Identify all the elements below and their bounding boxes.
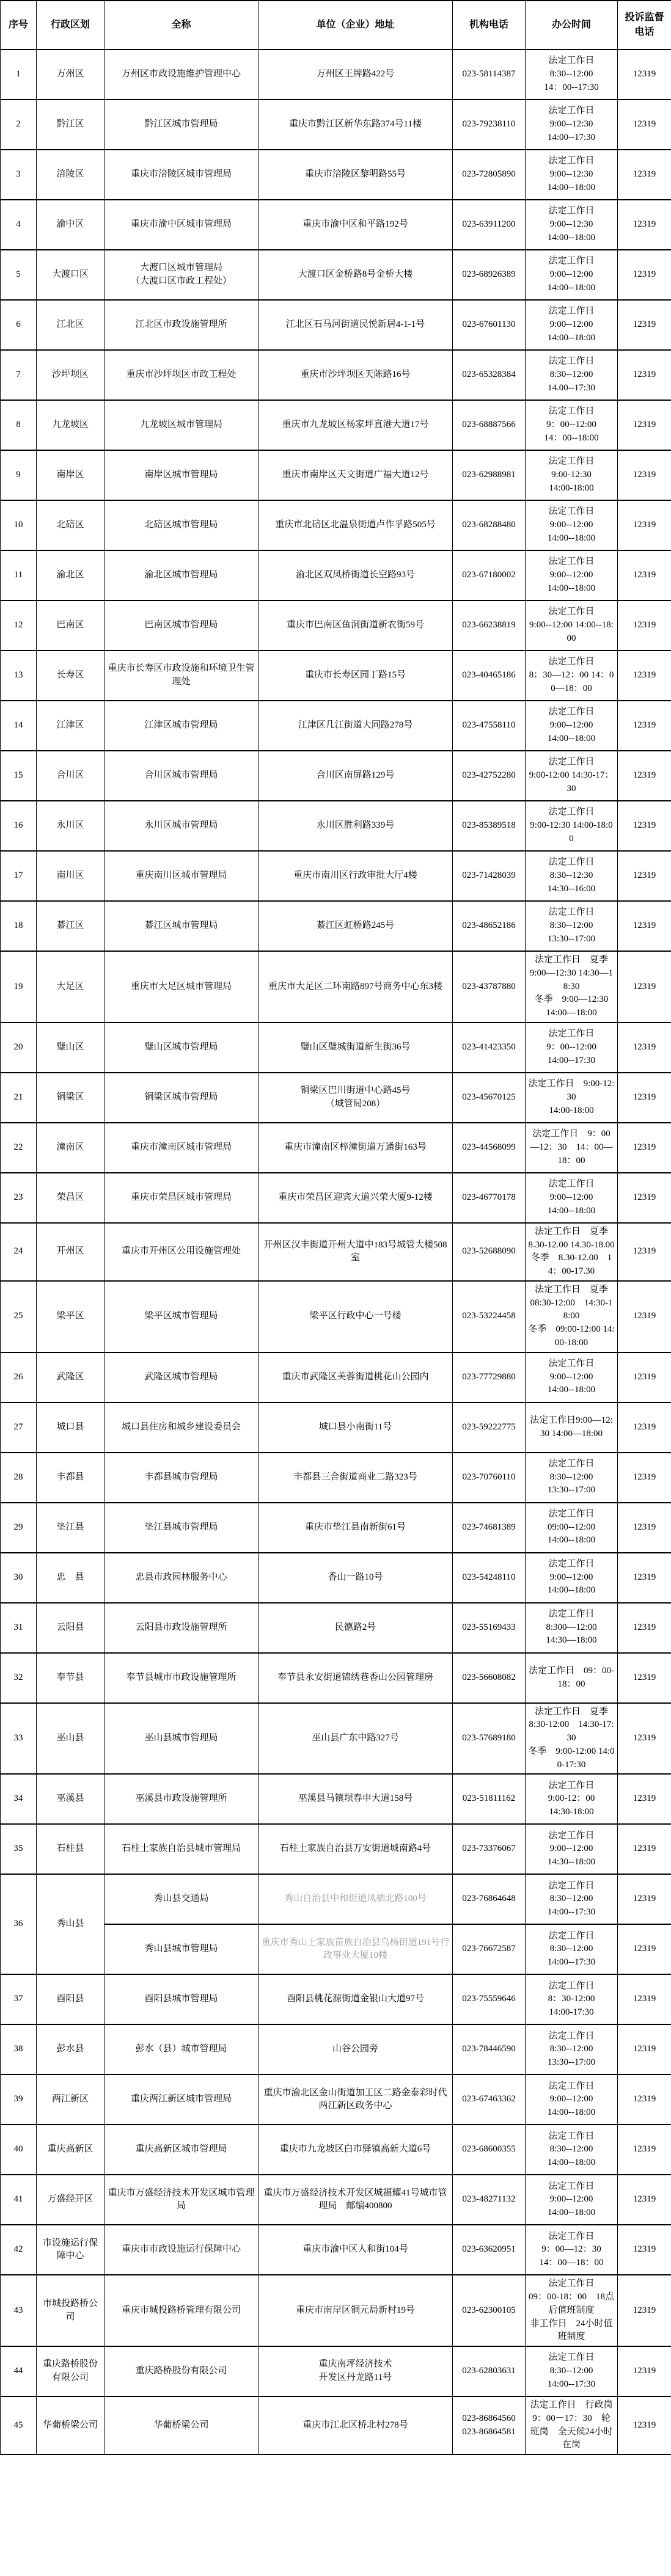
table-row: 20璧山区璧山区城市管理局璧山区璧城街道新生街36号023-41423350法定… [1,1023,671,1073]
table-row: 45华葡桥梁公司华葡桥梁公司重庆市江北区桥北村278号023-86864560 … [1,2396,671,2454]
cell-district: 垫江县 [37,1503,105,1553]
cell-phone: 023-56608082 [453,1653,526,1703]
cell-complaint-phone: 12319 [618,1553,671,1603]
cell-hours: 法定工作日 9：00—12：30 14：00—18：00 [526,2225,618,2275]
cell-district: 两江新区 [37,2074,105,2125]
cell-hours: 法定工作日 夏季 8:30-12:00 14:30-17:30 冬季 9:00-… [526,1703,618,1775]
cell-district: 荣昌区 [37,1173,105,1223]
cell-address: 大渡口区金桥路8号金桥大楼 [258,250,453,300]
cell-name: 重庆市沙坪坝区市政工程处 [105,350,258,400]
cell-district: 九龙坡区 [37,400,105,450]
cell-phone: 023-73376067 [453,1824,526,1874]
cell-complaint-phone: 12319 [618,2175,671,2225]
cell-hours: 法定工作日 9:00--12:30 14:00--17:30 [526,100,618,150]
cell-phone: 023-43787880 [453,951,526,1023]
cell-phone: 023-57689180 [453,1703,526,1775]
table-row: 12巴南区巴南区城市管理局重庆市巴南区鱼洞街道新农街59号023-6623881… [1,600,671,651]
cell-address: 永川区胜利路339号 [258,801,453,851]
cell-phone: 023-67601130 [453,300,526,350]
cell-address: 重庆市巴南区鱼洞街道新农街59号 [258,600,453,651]
cell-phone: 023-53224458 [453,1281,526,1352]
cell-name: 重庆市荣昌区城市管理局 [105,1173,258,1223]
cell-complaint-phone: 12319 [618,1223,671,1281]
cell-index: 21 [1,1073,37,1123]
cell-name: 綦江区城市管理局 [105,901,258,951]
cell-index: 36 [1,1874,37,1974]
cell-district: 万州区 [37,49,105,100]
cell-address: 重庆市大足区二环南路897号商务中心东3楼 [258,951,453,1023]
cell-complaint-phone: 12319 [618,2125,671,2175]
table-row: 11渝北区渝北区城市管理局渝北区双凤桥街道长空路93号023-67180002法… [1,550,671,600]
cell-district: 市设施运行保障中心 [37,2225,105,2275]
cell-complaint-phone: 12319 [618,1874,671,1924]
cell-district: 石柱县 [37,1824,105,1874]
cell-address: 重庆市武隆区芙蓉街道桃花山公园内 [258,1352,453,1403]
table-row: 15合川区合川区城市管理局合川区南屏路129号023-42752280法定工作日… [1,751,671,801]
cell-index: 33 [1,1703,37,1775]
cell-index: 9 [1,450,37,500]
cell-hours: 法定工作日 8:30--12:00 14:00--17:30 [526,1924,618,1974]
cell-name: 重庆两江新区城市管理局 [105,2074,258,2125]
cell-complaint-phone: 12319 [618,450,671,500]
table-header: 序号 行政区划 全称 单位（企业）地址 机构电话 办公时间 投诉监督电话 [1,1,671,49]
cell-index: 3 [1,150,37,200]
cell-district: 铜梁区 [37,1073,105,1123]
cell-address: 梁平区行政中心一号楼 [258,1281,453,1352]
cell-index: 8 [1,400,37,450]
cell-phone: 023-54248110 [453,1553,526,1603]
cell-district: 北碚区 [37,500,105,550]
cell-name: 万州区市政设施维护管理中心 [105,49,258,100]
cell-phone: 023-51811162 [453,1774,526,1824]
cell-phone: 023-76672587 [453,1924,526,1974]
cell-index: 20 [1,1023,37,1073]
cell-hours: 法定工作日 9:00-12：00 14:30-18:00 [526,1774,618,1824]
cell-index: 25 [1,1281,37,1352]
table-row: 17南川区重庆南川区城市管理局重庆市南川区行政审批大厅4楼023-7142803… [1,851,671,901]
table-row: 29垫江县垫江县城市管理局重庆市垫江县南新街61号023-74681389法定工… [1,1503,671,1553]
cell-district: 渝北区 [37,550,105,600]
cell-complaint-phone: 12319 [618,2346,671,2396]
cell-address: 重庆市长寿区园丁路15号 [258,651,453,701]
cell-complaint-phone: 12319 [618,801,671,851]
cell-address: 香山一路10号 [258,1553,453,1603]
cell-address: 民德路2号 [258,1603,453,1653]
cell-phone: 023-63620951 [453,2225,526,2275]
cell-address: 奉节县永安街道锦绣巷香山公园管理房 [258,1653,453,1703]
cell-complaint-phone: 12319 [618,901,671,951]
col-header-complaint-phone: 投诉监督电话 [618,1,671,49]
cell-district: 梁平区 [37,1281,105,1352]
cell-address: 江津区几江街道大同路278号 [258,701,453,751]
cell-index: 10 [1,500,37,550]
cell-complaint-phone: 12319 [618,1974,671,2024]
cell-phone: 023-62300105 [453,2275,526,2346]
cell-name: 渝北区城市管理局 [105,550,258,600]
cell-complaint-phone: 12319 [618,651,671,701]
cell-name: 江北区市政设施管理所 [105,300,258,350]
cell-index: 1 [1,49,37,100]
cell-district: 潼南区 [37,1123,105,1173]
table-row: 27城口县城口县住房和城乡建设委员会城口县小南街11号023-59222775法… [1,1403,671,1453]
table-row: 9南岸区南岸区城市管理局重庆市南岸区天文街道广福大道12号023-6298898… [1,450,671,500]
cell-name: 重庆市长寿区市政设施和环境卫生管理处 [105,651,258,701]
cell-complaint-phone: 12319 [618,2024,671,2074]
cell-district: 开州区 [37,1223,105,1281]
table-row: 3涪陵区重庆市涪陵区城市管理局重庆市涪陵区黎明路55号023-72805890法… [1,150,671,200]
cell-hours: 法定工作日 行政岗 9：00－17：30 轮班岗 全天候24小时在岗 [526,2396,618,2454]
cell-address: 渝北区双凤桥街道长空路93号 [258,550,453,600]
cell-complaint-phone: 12319 [618,1824,671,1874]
cell-address: 合川区南屏路129号 [258,751,453,801]
cell-index: 30 [1,1553,37,1603]
cell-district: 重庆高新区 [37,2125,105,2175]
cell-name: 巫溪县市政设施管理所 [105,1774,258,1824]
cell-hours: 法定工作日 9:00--12:00 14:00--18:00 [526,2074,618,2125]
cell-phone: 023-42752280 [453,751,526,801]
cell-phone: 023-67180002 [453,550,526,600]
table-row: 34巫溪县巫溪县市政设施管理所巫溪县马镇坝春申大道158号023-5181116… [1,1774,671,1824]
cell-complaint-phone: 12319 [618,1453,671,1503]
cell-complaint-phone: 12319 [618,350,671,400]
cell-address: 山谷公园旁 [258,2024,453,2074]
cell-hours: 法定工作日 8:30--12:00 14：00--17:30 [526,49,618,100]
cell-address: 重庆市九龙坡区杨家坪直港大道17号 [258,400,453,450]
cell-complaint-phone: 12319 [618,851,671,901]
cell-hours: 法定工作日 8：30—12：00 14：00—18：00 [526,651,618,701]
table-row: 6江北区江北区市政设施管理所江北区石马河街道民悦新居4-1-1号023-6760… [1,300,671,350]
cell-hours: 法定工作日 9：00--12:00 14：00--18:00 [526,400,618,450]
cell-phone: 023-74681389 [453,1503,526,1553]
cell-name: 梁平区城市管理局 [105,1281,258,1352]
cell-hours: 法定工作日 09:00--12:00 14:00--18:00 [526,1503,618,1553]
cell-name: 黔江区城市管理局 [105,100,258,150]
cell-complaint-phone: 12319 [618,400,671,450]
cell-phone: 023-45670125 [453,1073,526,1123]
cell-index: 18 [1,901,37,951]
cell-address: 重庆市南川区行政审批大厅4楼 [258,851,453,901]
cell-complaint-phone: 12319 [618,1703,671,1775]
table-row: 37酉阳县酉阳县城市管理局酉阳县桃花源街道金银山大道97号023-7555964… [1,1974,671,2024]
cell-hours: 法定工作日 9:00--12:00 14:00--18:00 [526,1553,618,1603]
cell-address: 秀山自治县中和街道凤栖北路100号 [258,1874,453,1924]
cell-index: 32 [1,1653,37,1703]
cell-hours: 法定工作日 夏季 9:00—12:30 14:30—18:30 冬季 9:00—… [526,951,618,1023]
cell-district: 黔江区 [37,100,105,150]
cell-address: 重庆市万盛经济技术开发区城福耀41号城市管理局 邮编400800 [258,2175,453,2225]
cell-name: 大渡口区城市管理局 （大渡口区市政工程处） [105,250,258,300]
cell-name: 重庆市城投路桥管理有限公司 [105,2275,258,2346]
cell-name: 石柱土家族自治县城市管理局 [105,1824,258,1874]
cell-name: 奉节县城市市政设施管理所 [105,1653,258,1703]
table-row: 30忠 县忠县市政园林服务中心香山一路10号023-54248110法定工作日 … [1,1553,671,1603]
cell-address: 重庆市九龙坡区白市驿镇高新大道6号 [258,2125,453,2175]
cell-phone: 023-46770178 [453,1173,526,1223]
cell-complaint-phone: 12319 [618,500,671,550]
table-row: 18綦江区綦江区城市管理局綦江区虹桥路245号023-48652186法定工作日… [1,901,671,951]
col-header-name: 全称 [105,1,258,49]
table-row: 31云阳县云阳县市政设施管理所民德路2号023-55169433法定工作日 8:… [1,1603,671,1653]
cell-index: 15 [1,751,37,801]
cell-district: 江津区 [37,701,105,751]
cell-district: 南岸区 [37,450,105,500]
cell-index: 37 [1,1974,37,2024]
table-row: 33巫山县巫山县城市管理局巫山县广东中路327号023-57689180法定工作… [1,1703,671,1775]
cell-hours: 法定工作日 8:300—12:00 14:30—18:00 [526,1603,618,1653]
cell-complaint-phone: 12319 [618,250,671,300]
cell-complaint-phone: 12319 [618,1352,671,1403]
cell-index: 2 [1,100,37,150]
cell-district: 大渡口区 [37,250,105,300]
cell-index: 17 [1,851,37,901]
cell-index: 22 [1,1123,37,1173]
table-row: 26武隆区武隆区城市管理局重庆市武隆区芙蓉街道桃花山公园内023-7772988… [1,1352,671,1403]
cell-complaint-phone: 12319 [618,1023,671,1073]
cell-phone: 023-62803631 [453,2346,526,2396]
cell-complaint-phone: 12319 [618,2396,671,2454]
cell-complaint-phone: 12319 [618,49,671,100]
table-row: 28丰都县丰都县城市管理局丰都县三合街道商业二路323号023-70760110… [1,1453,671,1503]
cell-hours: 法定工作日 9:00--12:00 14:00--18:00 [526,550,618,600]
cell-phone: 023-48652186 [453,901,526,951]
table-row: 24开州区重庆市开州区公用设施管理处开州区汉丰街道开州大道中183号城管大楼50… [1,1223,671,1281]
cell-name: 重庆市市政设施运行保障中心 [105,2225,258,2275]
cell-phone: 023-86864560 023-86864581 [453,2396,526,2454]
cell-complaint-phone: 12319 [618,2275,671,2346]
header-row: 序号 行政区划 全称 单位（企业）地址 机构电话 办公时间 投诉监督电话 [1,1,671,49]
cell-phone: 023-58114387 [453,49,526,100]
cell-district: 巫溪县 [37,1774,105,1824]
cell-hours: 法定工作日 8:30--12:00 14:00--17:30 [526,2346,618,2396]
cell-district: 忠 县 [37,1553,105,1603]
cell-complaint-phone: 12319 [618,1173,671,1223]
cell-name: 重庆市开州区公用设施管理处 [105,1223,258,1281]
col-header-hours: 办公时间 [526,1,618,49]
cell-complaint-phone: 12319 [618,2074,671,2125]
col-header-index: 序号 [1,1,37,49]
cell-complaint-phone: 12319 [618,1503,671,1553]
cell-phone: 023-41423350 [453,1023,526,1073]
cell-name: 酉阳县城市管理局 [105,1974,258,2024]
cell-name: 北碚区城市管理局 [105,500,258,550]
cell-district: 江北区 [37,300,105,350]
cell-district: 巴南区 [37,600,105,651]
table-row: 42市设施运行保障中心重庆市市政设施运行保障中心重庆市渝中区人和街104号023… [1,2225,671,2275]
cell-district: 武隆区 [37,1352,105,1403]
table-row: 25梁平区梁平区城市管理局梁平区行政中心一号楼023-53224458法定工作日… [1,1281,671,1352]
cell-phone: 023-68926389 [453,250,526,300]
cell-index: 34 [1,1774,37,1824]
cell-hours: 法定工作日 9:00--12:00 14:00--18:00 [526,1352,618,1403]
table-row: 44重庆路桥股份有限公司重庆路桥股份有限公司重庆南坪经济技术 开发区丹龙路11号… [1,2346,671,2396]
cell-hours: 法定工作日 9：00—12：30 14：00—18：00 [526,1123,618,1173]
cell-district: 渝中区 [37,200,105,250]
cell-address: 重庆市涪陵区黎明路55号 [258,150,453,200]
cell-complaint-phone: 12319 [618,1403,671,1453]
cell-index: 40 [1,2125,37,2175]
cell-hours: 法定工作日 9:00--12:00 14:00--18:00 [526,300,618,350]
cell-hours: 法定工作日 8:30--12:30 14:30--16:00 [526,851,618,901]
cell-index: 23 [1,1173,37,1223]
cell-address: 开州区汉丰街道开州大道中183号城管大楼508室 [258,1223,453,1281]
cell-hours: 法定工作日 9:00--12:00 14:00--18:00 [526,500,618,550]
cell-index: 13 [1,651,37,701]
table-row: 13长寿区重庆市长寿区市政设施和环境卫生管理处重庆市长寿区园丁路15号023-4… [1,651,671,701]
cell-district: 涪陵区 [37,150,105,200]
city-management-contacts-table: 序号 行政区划 全称 单位（企业）地址 机构电话 办公时间 投诉监督电话 1万州… [0,0,671,2455]
cell-hours: 法定工作日 9:00--12:30 14:00--18:00 [526,150,618,200]
table-row: 2黔江区黔江区城市管理局重庆市黔江区新华东路374号11楼023-7923811… [1,100,671,150]
cell-district: 永川区 [37,801,105,851]
cell-district: 城口县 [37,1403,105,1453]
cell-address: 重庆市南岸区天文街道广福大道12号 [258,450,453,500]
cell-address: 城口县小南街11号 [258,1403,453,1453]
cell-complaint-phone: 12319 [618,200,671,250]
cell-complaint-phone: 12319 [618,1123,671,1173]
table-body: 1万州区万州区市政设施维护管理中心万州区王牌路422号023-58114387法… [1,49,671,2454]
cell-hours: 法定工作日 8:30--12:00 14:00--18:00 [526,2125,618,2175]
cell-hours: 法定工作日 8:30--12:00 14.00--17:30 [526,350,618,400]
cell-address: 铜梁区巴川街道中心路45号 （城管局208） [258,1073,453,1123]
cell-index: 44 [1,2346,37,2396]
cell-hours: 法定工作日 09：00-18：00 18点后值班制度 非工作日 24小时值班制度 [526,2275,618,2346]
cell-phone: 023-44568099 [453,1123,526,1173]
table-row: 16永川区永川区城市管理局永川区胜利路339号023-85389518法定工作日… [1,801,671,851]
cell-hours: 法定工作日 9:00-12:00 14:30-17：30 [526,751,618,801]
cell-name: 合川区城市管理局 [105,751,258,801]
cell-index: 11 [1,550,37,600]
cell-district: 大足区 [37,951,105,1023]
table-row: 40重庆高新区重庆高新区城市管理局重庆市九龙坡区白市驿镇高新大道6号023-68… [1,2125,671,2175]
cell-complaint-phone: 12319 [618,600,671,651]
cell-address: 酉阳县桃花源街道金银山大道97号 [258,1974,453,2024]
col-header-district: 行政区划 [37,1,105,49]
cell-hours: 法定工作日 9:00-12:30 14:00-18:00 [526,1073,618,1123]
cell-phone: 023-48271132 [453,2175,526,2225]
cell-name: 重庆市潼南区城市管理局 [105,1123,258,1173]
cell-index: 4 [1,200,37,250]
cell-index: 5 [1,250,37,300]
cell-hours: 法定工作日 9:00--12:30 14:00--18:00 [526,200,618,250]
table-row: 5大渡口区大渡口区城市管理局 （大渡口区市政工程处）大渡口区金桥路8号金桥大楼0… [1,250,671,300]
cell-index: 31 [1,1603,37,1653]
cell-address: 江北区石马河街道民悦新居4-1-1号 [258,300,453,350]
cell-district: 巫山县 [37,1703,105,1775]
cell-address: 重庆市江北区桥北村278号 [258,2396,453,2454]
cell-hours: 法定工作日 8：30-12:00 14:00-17:30 [526,1974,618,2024]
cell-complaint-phone: 12319 [618,550,671,600]
table-row: 14江津区江津区城市管理局江津区几江街道大同路278号023-47558110法… [1,701,671,751]
cell-name: 武隆区城市管理局 [105,1352,258,1403]
cell-district: 市城投路桥公司 [37,2275,105,2346]
cell-index: 19 [1,951,37,1023]
table-row: 39两江新区重庆两江新区城市管理局重庆市渝北区金山街道加工区二路金泰彩时代两江新… [1,2074,671,2125]
table-row: 41万盛经开区重庆市万盛经济技术开发区城市管理局重庆市万盛经济技术开发区城福耀4… [1,2175,671,2225]
cell-name: 巴南区城市管理局 [105,600,258,651]
cell-hours: 法定工作日 9:00--12:00 14:00--18:00 [526,250,618,300]
cell-complaint-phone: 12319 [618,150,671,200]
cell-index: 45 [1,2396,37,2454]
cell-district: 重庆路桥股份有限公司 [37,2346,105,2396]
cell-address: 璧山区璧城街道新生街36号 [258,1023,453,1073]
cell-phone: 023-70760110 [453,1453,526,1503]
cell-phone: 023-67463362 [453,2074,526,2125]
cell-hours: 法定工作日 8:30--12:00 13:30--17:00 [526,2024,618,2074]
cell-index: 42 [1,2225,37,2275]
cell-hours: 法定工作日 09：00-18：00 [526,1653,618,1703]
cell-index: 38 [1,2024,37,2074]
cell-phone: 023-78446590 [453,2024,526,2074]
cell-hours: 法定工作日 9:00--12:00 14:00--18:00 [526,2175,618,2225]
table-row: 23荣昌区重庆市荣昌区城市管理局重庆市荣昌区迎宾大道兴荣大厦9-12楼023-4… [1,1173,671,1223]
cell-address: 重庆市黔江区新华东路374号11楼 [258,100,453,150]
cell-index: 16 [1,801,37,851]
cell-phone: 023-71428039 [453,851,526,901]
cell-address: 重庆市潼南区梓潼街道万通街163号 [258,1123,453,1173]
table-row: 19大足区重庆市大足区城市管理局重庆市大足区二环南路897号商务中心东3楼023… [1,951,671,1023]
table-row: 32奉节县奉节县城市市政设施管理所奉节县永安街道锦绣巷香山公园管理房023-56… [1,1653,671,1703]
cell-phone: 023-40465186 [453,651,526,701]
cell-district: 綦江区 [37,901,105,951]
cell-name: 重庆市渝中区城市管理局 [105,200,258,250]
cell-address: 重庆市渝中区人和街104号 [258,2225,453,2275]
cell-address: 重庆市荣昌区迎宾大道兴荣大厦9-12楼 [258,1173,453,1223]
cell-phone: 023-85389518 [453,801,526,851]
cell-address: 重庆市南岸区铜元局新村19号 [258,2275,453,2346]
table-row: 36秀山县秀山县交通局秀山自治县中和街道凤栖北路100号023-76864648… [1,1874,671,1924]
cell-district: 璧山区 [37,1023,105,1073]
cell-name: 重庆市大足区城市管理局 [105,951,258,1023]
cell-complaint-phone: 12319 [618,951,671,1023]
cell-name: 云阳县市政设施管理所 [105,1603,258,1653]
cell-phone: 023-68600355 [453,2125,526,2175]
cell-hours: 法定工作日 9:00-12:30 14:00-18:00 [526,450,618,500]
table-row: 7沙坪坝区重庆市沙坪坝区市政工程处重庆市沙坪坝区天陈路16号023-653283… [1,350,671,400]
cell-hours: 法定工作日 夏季 8.30-12.00 14.30-18.00 冬季 8.30-… [526,1223,618,1281]
cell-index: 14 [1,701,37,751]
cell-phone: 023-55169433 [453,1603,526,1653]
table-row: 1万州区万州区市政设施维护管理中心万州区王牌路422号023-58114387法… [1,49,671,100]
cell-district: 奉节县 [37,1653,105,1703]
cell-hours: 法定工作日 9：00--12:00 14:00--17:30 [526,1023,618,1073]
cell-phone: 023-68288480 [453,500,526,550]
cell-name: 铜梁区城市管理局 [105,1073,258,1123]
cell-complaint-phone: 12319 [618,1924,671,1974]
cell-phone: 023-52688090 [453,1223,526,1281]
cell-hours: 法定工作日 夏季 08:30-12:00 14:30-18:00 冬季 09:0… [526,1281,618,1352]
cell-phone: 023-59222775 [453,1403,526,1453]
col-header-address: 单位（企业）地址 [258,1,453,49]
cell-address: 重庆市沙坪坝区天陈路16号 [258,350,453,400]
cell-address: 重庆南坪经济技术 开发区丹龙路11号 [258,2346,453,2396]
cell-district: 万盛经开区 [37,2175,105,2225]
cell-name: 丰都县城市管理局 [105,1453,258,1503]
cell-address: 万州区王牌路422号 [258,49,453,100]
cell-complaint-phone: 12319 [618,1281,671,1352]
cell-name: 华葡桥梁公司 [105,2396,258,2454]
cell-complaint-phone: 12319 [618,2225,671,2275]
table-row: 43市城投路桥公司重庆市城投路桥管理有限公司重庆市南岸区铜元局新村19号023-… [1,2275,671,2346]
cell-name: 重庆市涪陵区城市管理局 [105,150,258,200]
cell-district: 华葡桥梁公司 [37,2396,105,2454]
cell-index: 43 [1,2275,37,2346]
cell-phone: 023-76864648 [453,1874,526,1924]
cell-complaint-phone: 12319 [618,751,671,801]
cell-index: 39 [1,2074,37,2125]
cell-hours: 法定工作日 8:30--12:00 14:00--17:30 [526,1874,618,1924]
cell-complaint-phone: 12319 [618,1073,671,1123]
cell-phone: 023-77729880 [453,1352,526,1403]
